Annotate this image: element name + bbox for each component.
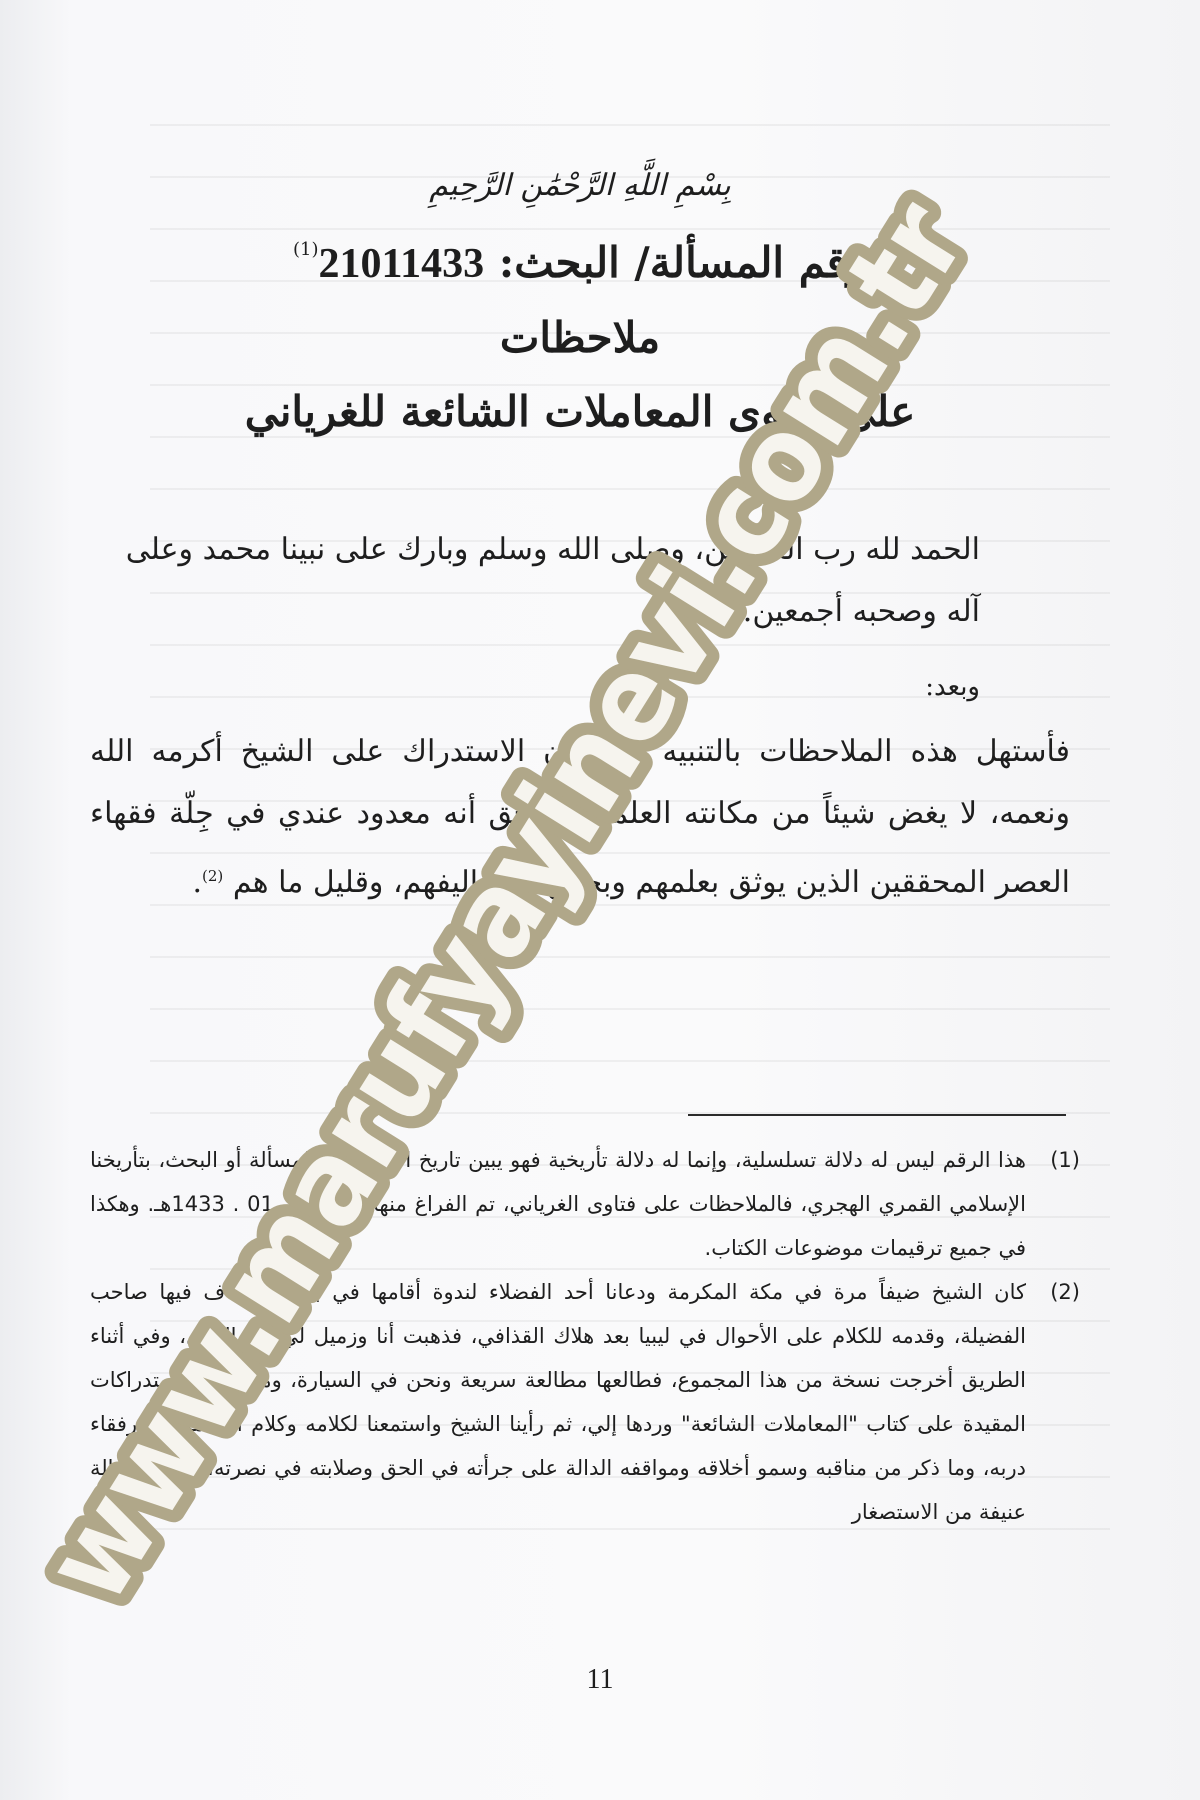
main-content: بِسْمِ اللَّهِ الرَّحْمَٰنِ الرَّحِيمِ ر…: [90, 150, 1070, 914]
footnote-separator: [688, 1114, 1066, 1116]
page-title: ملاحظات: [90, 301, 1070, 375]
main-paragraph: فأستهل هذه الملاحظات بالتنبيه على أن الا…: [90, 721, 1070, 914]
footnote-2-marker: (2): [1050, 1270, 1080, 1314]
footnote-2: (2) كان الشيخ ضيفاً مرة في مكة المكرمة و…: [90, 1270, 1080, 1534]
page-subtitle: على فتاوى المعاملات الشائعة للغرياني: [90, 375, 1070, 449]
footnote-1-marker: (1): [1050, 1138, 1080, 1182]
issue-number-label: رقم المسألة/ البحث:: [499, 238, 867, 287]
footnote-1: (1) هذا الرقم ليس له دلالة تسلسلية، وإنم…: [90, 1138, 1080, 1270]
main-paragraph-end: .: [192, 865, 202, 900]
footnotes: (1) هذا الرقم ليس له دلالة تسلسلية، وإنم…: [90, 1138, 1080, 1534]
basmala: بِسْمِ اللَّهِ الرَّحْمَٰنِ الرَّحِيمِ: [90, 168, 1070, 203]
footnote-ref-1[interactable]: (1): [293, 239, 319, 260]
footnote-1-text: هذا الرقم ليس له دلالة تسلسلية، وإنما له…: [90, 1148, 1026, 1260]
wa-bad-label: وبعد:: [90, 659, 1070, 715]
issue-number-heading: رقم المسألة/ البحث: 21011433(1): [90, 213, 1070, 301]
opening-paragraph: الحمد لله رب العالمين، وصلى الله وسلم وب…: [90, 519, 1070, 643]
opening-line-2: آله وصحبه أجمعين.: [90, 581, 980, 643]
footnote-ref-2[interactable]: (2): [202, 867, 223, 885]
footnote-2-text: كان الشيخ ضيفاً مرة في مكة المكرمة ودعان…: [90, 1280, 1026, 1524]
issue-number: 21011433: [318, 241, 484, 287]
opening-line-1: الحمد لله رب العالمين، وصلى الله وسلم وب…: [90, 519, 980, 581]
main-paragraph-text: فأستهل هذه الملاحظات بالتنبيه على أن الا…: [90, 734, 1070, 900]
book-page: بِسْمِ اللَّهِ الرَّحْمَٰنِ الرَّحِيمِ ر…: [0, 0, 1200, 1800]
page-number: 11: [560, 1664, 640, 1696]
